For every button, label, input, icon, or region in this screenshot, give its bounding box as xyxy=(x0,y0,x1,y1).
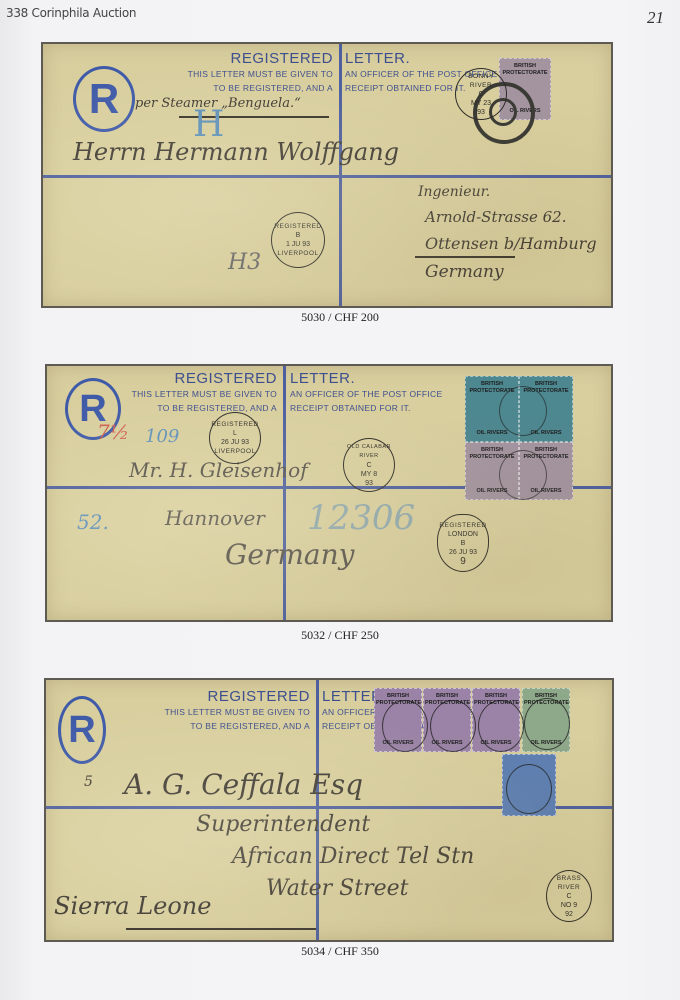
page-number: 21 xyxy=(647,8,664,28)
address-line-2: Hannover xyxy=(165,506,265,530)
envelope-lot-5030[interactable]: R REGISTERED LETTER. This Letter must be… xyxy=(41,42,613,308)
postmark-registered-london: REGISTERED LONDON B 26 JU 93 9 xyxy=(437,514,489,572)
handwritten-mark: 5 xyxy=(84,774,93,790)
cancel-postmark xyxy=(506,764,552,814)
cancel-postmark xyxy=(524,698,570,750)
envelope-lot-5032[interactable]: R REGISTERED LETTER. This Letter must be… xyxy=(45,364,613,622)
registered-heading: REGISTERED xyxy=(137,370,277,387)
instruction-left-2: to be Registered, and a xyxy=(80,718,310,734)
letter-heading: LETTER. xyxy=(290,370,355,387)
cancel-postmark xyxy=(430,700,476,752)
lot-caption: 5032 / CHF 250 xyxy=(0,628,680,643)
divider-horizontal xyxy=(43,175,611,178)
envelope-lot-5034[interactable]: R REGISTERED LETTER. This Letter must be… xyxy=(44,678,614,942)
address-line-5: Germany xyxy=(425,262,504,282)
postmark-brass-river: BRASS RIVER C NO 9 92 xyxy=(546,870,592,922)
divider-vertical xyxy=(316,680,319,940)
registered-heading: REGISTERED xyxy=(170,688,310,705)
lot-caption: 5034 / CHF 350 xyxy=(0,944,680,959)
address-line-3: Arnold-Strasse 62. xyxy=(425,208,566,226)
address-line-3: African Direct Tel Stn xyxy=(232,844,474,869)
country-underline xyxy=(126,928,316,930)
blue-crayon-number: 12306 xyxy=(307,498,415,538)
town-underline xyxy=(415,256,515,258)
blue-pencil-mark: 109 xyxy=(145,426,179,447)
postmark-old-calabar-river: OLD CALABAR RIVER C MY 8 93 xyxy=(343,438,395,492)
postmark-registered-liverpool: REGISTERED B 1 JU 93 LIVERPOOL xyxy=(271,212,325,268)
address-line-4: Water Street xyxy=(266,876,409,901)
running-head: 338 Corinphila Auction xyxy=(6,6,136,20)
postmark-registered-liverpool: REGISTERED L 26 JU 93 LIVERPOOL xyxy=(209,412,261,464)
address-line-1: Herrn Hermann Wolffgang xyxy=(73,138,399,166)
red-pencil-mark: 7½ xyxy=(97,420,129,444)
address-line-5: Sierra Leone xyxy=(54,892,211,920)
address-line-3: Germany xyxy=(225,538,354,571)
postmark-bonny-river: BONNY RIVER C MY 23 93 xyxy=(455,68,507,120)
cancel-postmark xyxy=(499,386,547,436)
address-line-4: Ottensen b/Hamburg xyxy=(425,234,597,253)
blue-pencil-mark-2: 52. xyxy=(77,510,109,534)
address-line-1: Mr. H. Gleisenhof xyxy=(129,458,308,482)
pencil-note: H3 xyxy=(228,250,261,275)
address-line-2: Ingenieur. xyxy=(418,184,490,200)
address-line-1: A. G. Ceffala Esq xyxy=(124,768,363,801)
letter-heading: LETTER. xyxy=(345,50,410,67)
cancel-postmark xyxy=(382,700,428,752)
registered-heading: REGISTERED xyxy=(193,50,333,67)
divider-vertical xyxy=(283,366,286,620)
cancel-postmark xyxy=(478,700,524,752)
address-line-2: Superintendent xyxy=(196,812,370,837)
instruction-right-2: Receipt obtained for it. xyxy=(290,400,411,416)
cancel-postmark xyxy=(499,450,547,500)
instruction-right-2: Receipt obtained for it. xyxy=(345,80,466,96)
lot-caption: 5030 / CHF 200 xyxy=(0,310,680,325)
instruction-left-2: to be Registered, and a xyxy=(103,80,333,96)
